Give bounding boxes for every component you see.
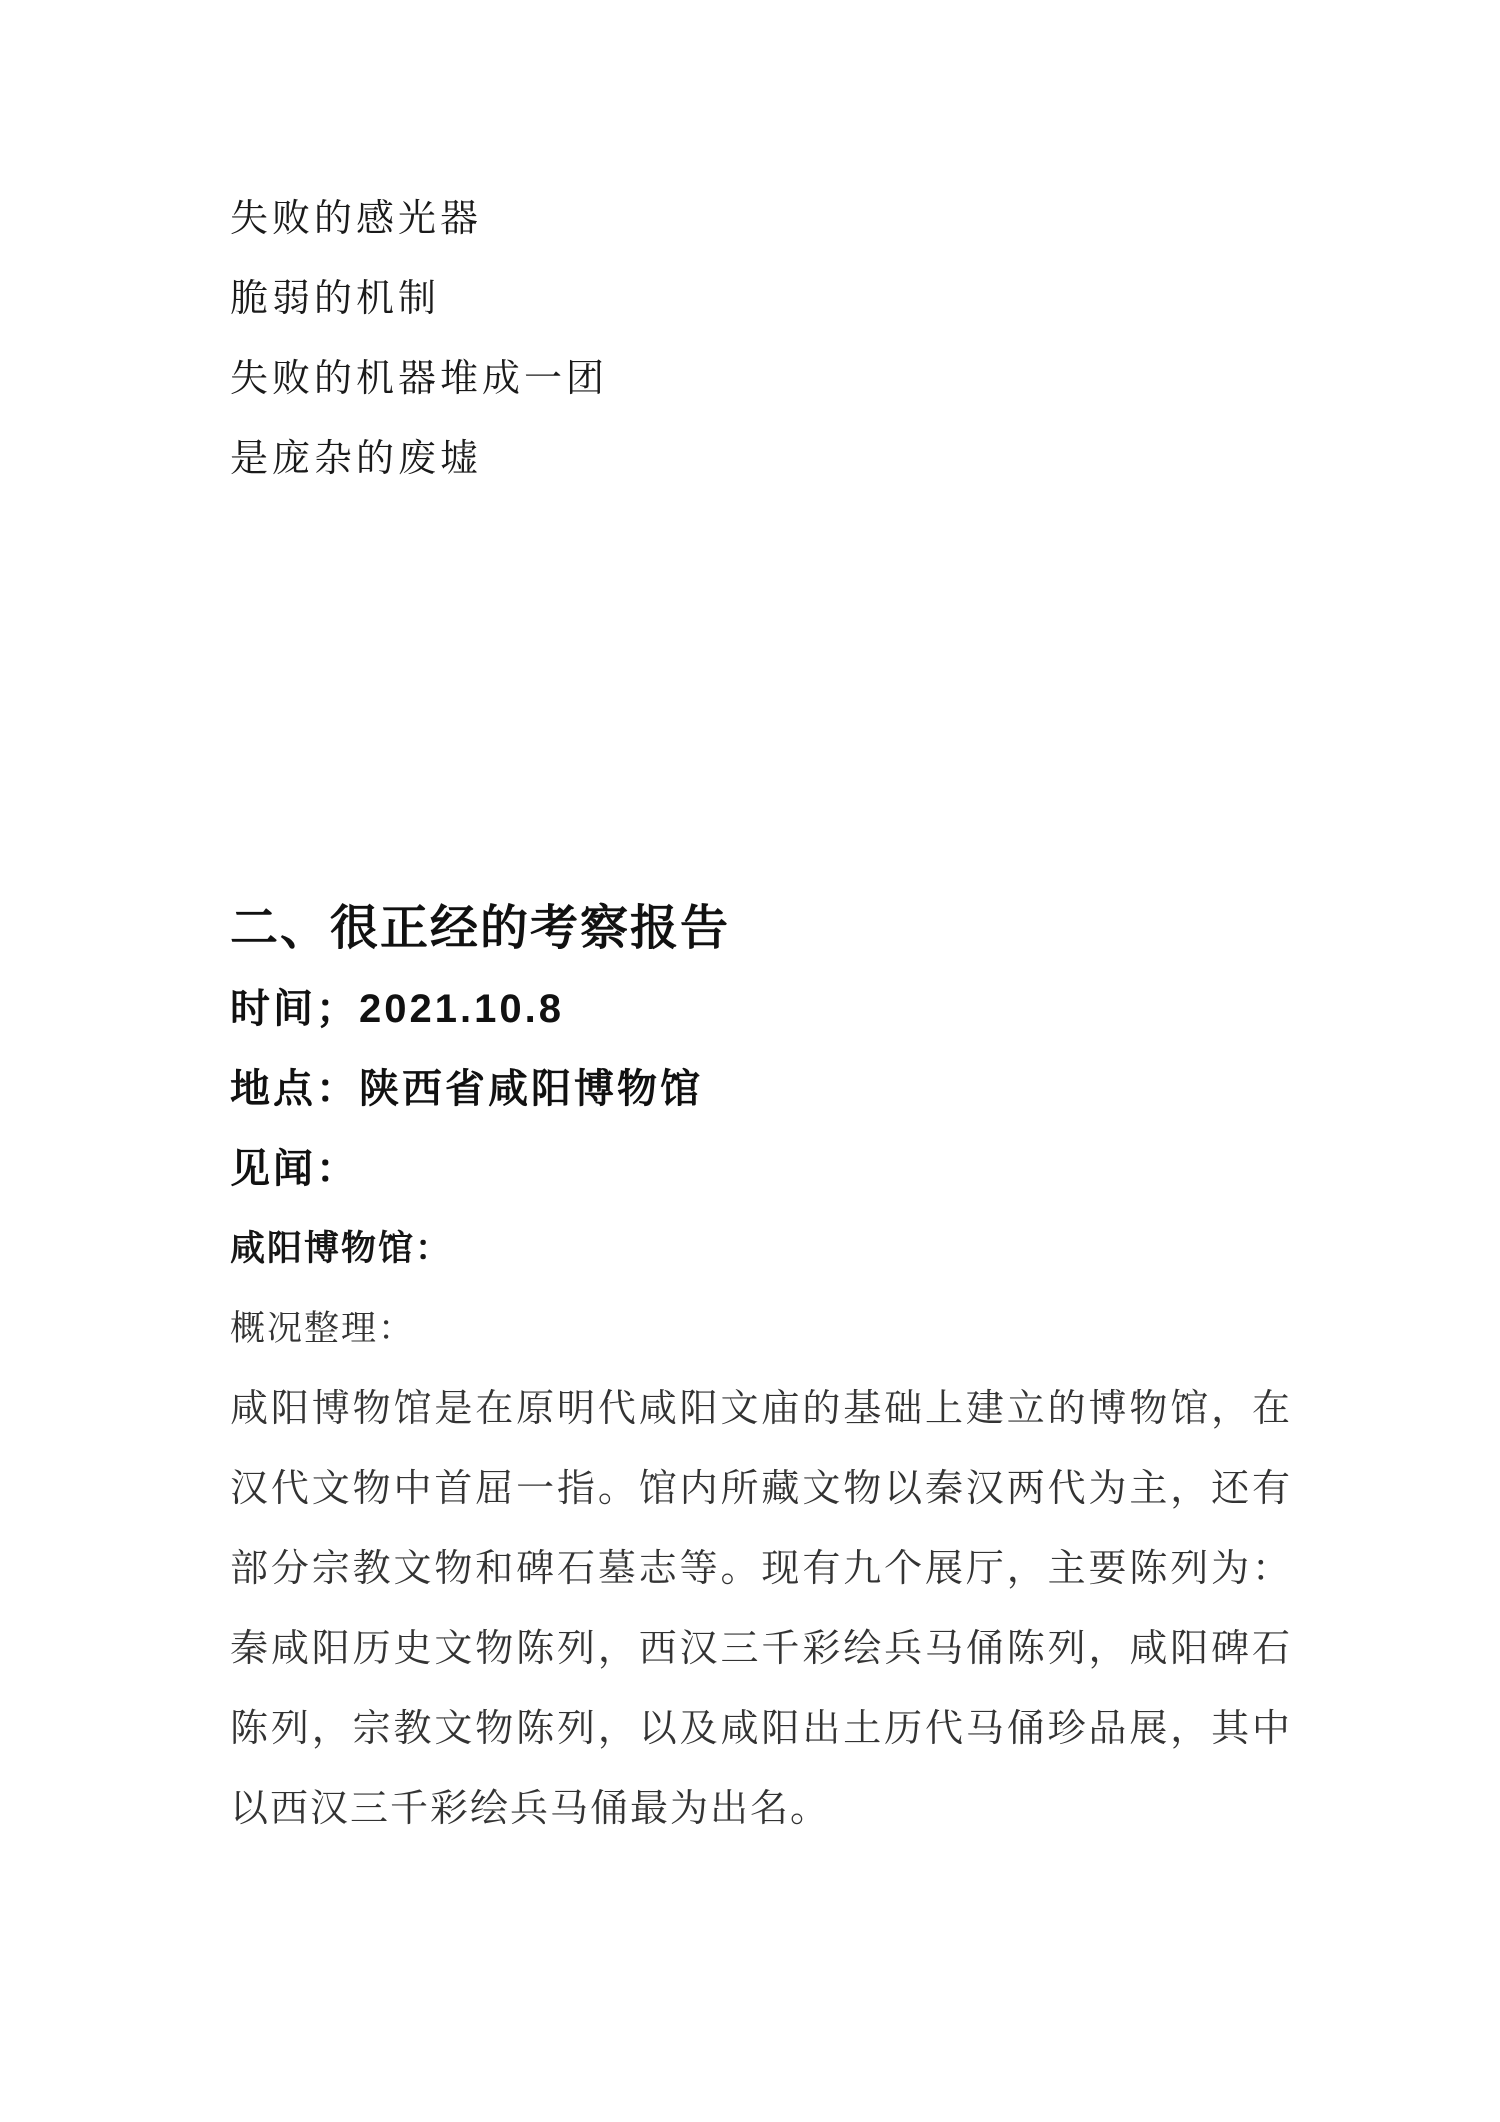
overview-paragraph-line: 陈列，宗教文物陈列，以及咸阳出土历代马俑珍品展，其中 [230, 1689, 1292, 1769]
overview-paragraph-line: 咸阳博物馆是在原明代咸阳文庙的基础上建立的博物馆，在 [230, 1369, 1292, 1449]
poem-section: 失败的感光器 脆弱的机制 失败的机器堆成一团 是庞杂的废墟 [230, 179, 1292, 499]
overview-label: 概况整理： [230, 1289, 1292, 1369]
overview-paragraph: 咸阳博物馆是在原明代咸阳文庙的基础上建立的博物馆，在 汉代文物中首屈一指。馆内所… [230, 1369, 1292, 1849]
poem-line: 失败的机器堆成一团 [230, 339, 1292, 419]
poem-line: 失败的感光器 [230, 179, 1292, 259]
document-content: 失败的感光器 脆弱的机制 失败的机器堆成一团 是庞杂的废墟 二、很正经的考察报告… [230, 179, 1292, 1849]
report-location-line: 地点：陕西省咸阳博物馆 [230, 1049, 1292, 1129]
report-section: 二、很正经的考察报告 时间；2021.10.8 地点：陕西省咸阳博物馆 见闻： … [230, 889, 1292, 1849]
overview-paragraph-line: 秦咸阳历史文物陈列，西汉三千彩绘兵马俑陈列，咸阳碑石 [230, 1609, 1292, 1689]
document-page: 失败的感光器 脆弱的机制 失败的机器堆成一团 是庞杂的废墟 二、很正经的考察报告… [0, 0, 1500, 2122]
report-time-line: 时间；2021.10.8 [230, 969, 1292, 1049]
museum-heading: 咸阳博物馆： [230, 1209, 1292, 1289]
section-spacer [230, 499, 1292, 889]
overview-paragraph-line: 部分宗教文物和碑石墓志等。现有九个展厅，主要陈列为： [230, 1529, 1292, 1609]
overview-paragraph-line: 以西汉三千彩绘兵马俑最为出名。 [230, 1769, 1292, 1849]
overview-paragraph-line: 汉代文物中首屈一指。馆内所藏文物以秦汉两代为主，还有 [230, 1449, 1292, 1529]
report-observations-label: 见闻： [230, 1129, 1292, 1209]
poem-line: 脆弱的机制 [230, 259, 1292, 339]
poem-line: 是庞杂的废墟 [230, 419, 1292, 499]
report-heading: 二、很正经的考察报告 [230, 889, 1292, 969]
